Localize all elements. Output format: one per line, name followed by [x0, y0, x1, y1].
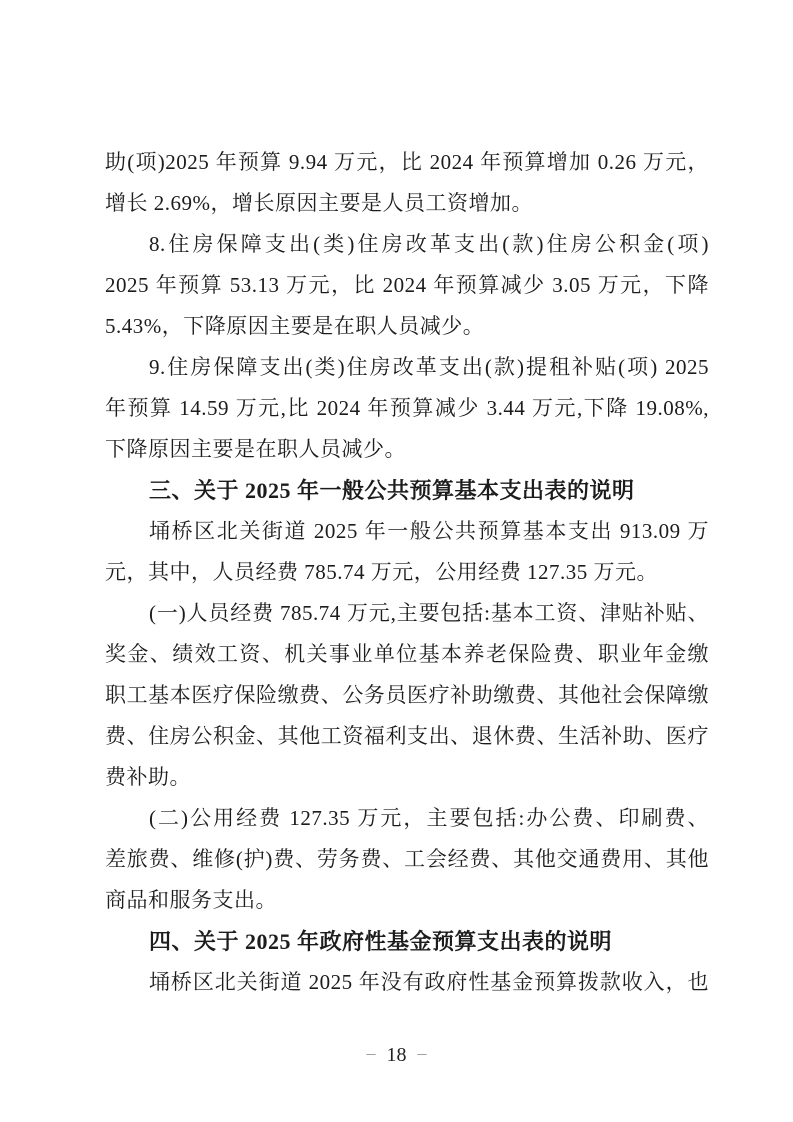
text-line: (一)人员经费 785.74 万元,主要包括:基本工资、津贴补贴、 [105, 593, 709, 634]
text-line: 助(项)2025 年预算 9.94 万元，比 2024 年预算增加 0.26 万… [105, 142, 709, 183]
text-line: 费、住房公积金、其他工资福利支出、退休费、生活补助、医疗 [105, 716, 709, 757]
text-line: 元，其中，人员经费 785.74 万元，公用经费 127.35 万元。 [105, 552, 709, 593]
text-line: 增长 2.69%，增长原因主要是人员工资增加。 [105, 183, 709, 224]
text-line: 差旅费、维修(护)费、劳务费、工会经费、其他交通费用、其他 [105, 839, 709, 880]
page-number: 18 [387, 1044, 407, 1066]
text-line: 年预算 14.59 万元,比 2024 年预算减少 3.44 万元,下降 19.… [105, 388, 709, 429]
text-line: 5.43%，下降原因主要是在职人员减少。 [105, 306, 709, 347]
text-line: 下降原因主要是在职人员减少。 [105, 429, 709, 470]
text-line: 埇桥区北关街道 2025 年没有政府性基金预算拨款收入，也 [105, 962, 709, 1003]
section-heading: 三、关于 2025 年一般公共预算基本支出表的说明 [105, 470, 709, 511]
document-page: 助(项)2025 年预算 9.94 万元，比 2024 年预算增加 0.26 万… [0, 0, 793, 1122]
footer-dash-left: – [367, 1043, 376, 1063]
section-heading: 四、关于 2025 年政府性基金预算支出表的说明 [105, 921, 709, 962]
text-line: 2025 年预算 53.13 万元，比 2024 年预算减少 3.05 万元，下… [105, 265, 709, 306]
text-line: 9.住房保障支出(类)住房改革支出(款)提租补贴(项) 2025 [105, 347, 709, 388]
text-line: 商品和服务支出。 [105, 880, 709, 921]
text-line: 埇桥区北关街道 2025 年一般公共预算基本支出 913.09 万 [105, 511, 709, 552]
text-line: 职工基本医疗保险缴费、公务员医疗补助缴费、其他社会保障缴 [105, 675, 709, 716]
text-line: 费补助。 [105, 757, 709, 798]
text-line: 8.住房保障支出(类)住房改革支出(款)住房公积金(项) [105, 224, 709, 265]
text-line: 奖金、绩效工资、机关事业单位基本养老保险费、职业年金缴费、 [105, 634, 709, 675]
document-body: 助(项)2025 年预算 9.94 万元，比 2024 年预算增加 0.26 万… [105, 142, 709, 1003]
page-footer: –18– [0, 1040, 793, 1070]
footer-dash-right: – [418, 1043, 427, 1063]
text-line: (二)公用经费 127.35 万元，主要包括:办公费、印刷费、 [105, 798, 709, 839]
